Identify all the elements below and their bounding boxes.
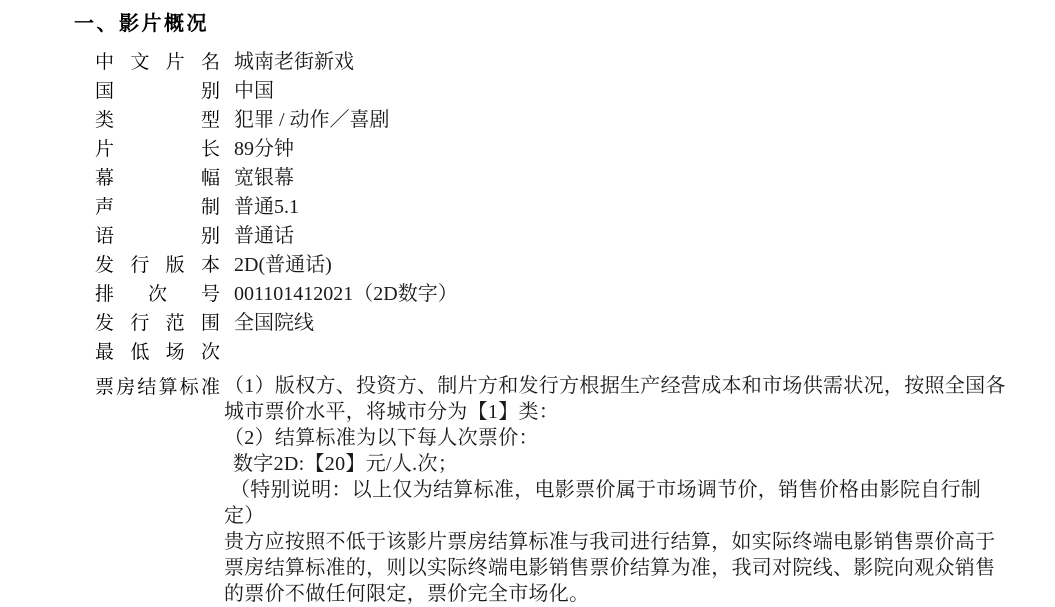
settlement-line: 的票价不做任何限定，票价完全市场化。 (224, 581, 1016, 607)
field-value: 犯罪 / 动作／喜剧 (234, 106, 390, 135)
settlement-line: 数字2D:【20】元/人.次； (224, 451, 1016, 477)
settlement-text: （1）版权方、投资方、制片方和发行方根据生产经营成本和市场供需状况，按照全国各 … (224, 373, 1016, 607)
field-label: 幕幅 (95, 164, 220, 193)
document-page: 一、影片概况 中文片名 城南老街新戏 国别 中国 类型 犯罪 / 动作／喜剧 片… (0, 0, 1055, 607)
field-row-country: 国别 中国 (95, 77, 1016, 106)
field-value: 全国院线 (234, 309, 314, 338)
field-label: 发行范围 (95, 309, 220, 338)
settlement-line: （特别说明：以上仅为结算标准，电影票价属于市场调节价，销售价格由影院自行制 (224, 477, 1016, 503)
settlement-line: 定） (224, 503, 1016, 529)
field-row-chinese-title: 中文片名 城南老街新戏 (95, 48, 1016, 77)
field-row-sound-format: 声制 普通5.1 (95, 193, 1016, 222)
field-label: 最低场次 (95, 338, 220, 367)
field-value: 2D(普通话) (234, 251, 332, 280)
field-row-min-screenings: 最低场次 (95, 338, 1016, 367)
field-value: 001101412021（2D数字） (234, 280, 458, 309)
field-row-sequence-number: 排次号 001101412021（2D数字） (95, 280, 1016, 309)
settlement-line: 城市票价水平，将城市分为【1】类： (224, 399, 1016, 425)
field-label: 发行版本 (95, 251, 220, 280)
field-label: 票房结算标准 (95, 373, 220, 402)
film-info-fields: 中文片名 城南老街新戏 国别 中国 类型 犯罪 / 动作／喜剧 片长 89分钟 … (95, 48, 1016, 607)
field-value: 89分钟 (234, 135, 294, 164)
settlement-line: （2）结算标准为以下每人次票价： (224, 425, 1016, 451)
field-label: 中文片名 (95, 48, 220, 77)
field-label: 排次号 (95, 280, 220, 309)
field-label: 片长 (95, 135, 220, 164)
field-label: 类型 (95, 106, 220, 135)
field-label: 国别 (95, 77, 220, 106)
settlement-line: 贵方应按照不低于该影片票房结算标准与我司进行结算，如实际终端电影销售票价高于 (224, 529, 1016, 555)
field-label: 语别 (95, 222, 220, 251)
field-row-release-scope: 发行范围 全国院线 (95, 309, 1016, 338)
field-value: 城南老街新戏 (234, 48, 354, 77)
settlement-line: 票房结算标准的，则以实际终端电影销售票价结算为准，我司对院线、影院向观众销售 (224, 555, 1016, 581)
field-row-runtime: 片长 89分钟 (95, 135, 1016, 164)
field-row-genre: 类型 犯罪 / 动作／喜剧 (95, 106, 1016, 135)
field-value: 中国 (234, 77, 274, 106)
field-value: 宽银幕 (234, 164, 294, 193)
field-label: 声制 (95, 193, 220, 222)
field-row-language: 语别 普通话 (95, 222, 1016, 251)
field-value: 普通5.1 (234, 193, 299, 222)
field-row-release-version: 发行版本 2D(普通话) (95, 251, 1016, 280)
field-row-screen-format: 幕幅 宽银幕 (95, 164, 1016, 193)
settlement-line: （1）版权方、投资方、制片方和发行方根据生产经营成本和市场供需状况，按照全国各 (224, 373, 1016, 399)
section-title: 一、影片概况 (74, 7, 209, 36)
field-row-settlement-standard: 票房结算标准 （1）版权方、投资方、制片方和发行方根据生产经营成本和市场供需状况… (95, 373, 1016, 607)
field-value: 普通话 (234, 222, 294, 251)
